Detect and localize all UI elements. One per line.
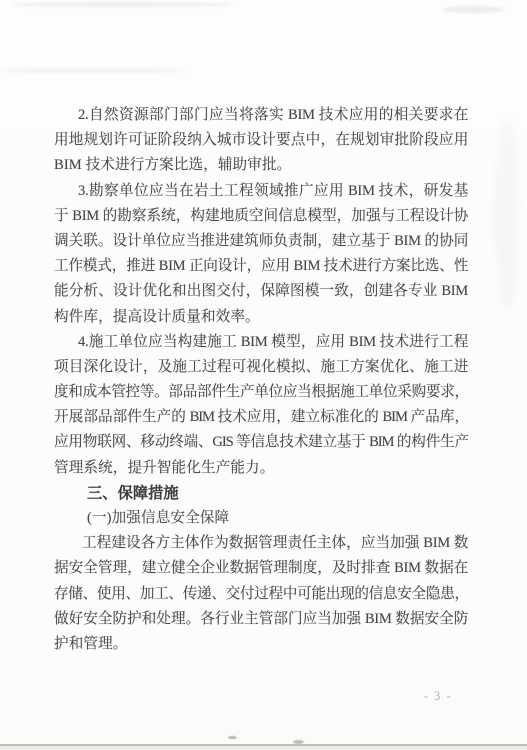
scan-smudge: [12, 2, 232, 7]
text-line: 3.勘察单位应当在岩土工程领域推广应用 BIM 技术，研发基: [54, 179, 468, 204]
text-line: 项目深化设计，及施工过程可视化模拟、施工方案优化、施工进: [54, 355, 468, 380]
page-number: - 3 -: [404, 687, 472, 705]
text-line: 应用物联网、移动终端、GIS 等信息技术建立基于 BIM 的构件生产: [54, 430, 468, 455]
text-line: 2.自然资源部门部门应当将落实 BIM 技术应用的相关要求在: [54, 103, 468, 128]
text-line: 度和成本管控等。部品部件生产单位应当根据施工单位采购要求，: [54, 380, 468, 405]
text-line: 工程建设各方主体作为数据管理责任主体，应当加强 BIM 数: [54, 531, 468, 556]
scan-speck: [228, 736, 237, 739]
text-line: 工作模式，推进 BIM 正向设计，应用 BIM 技术进行方案比选、性: [54, 254, 468, 279]
scan-smudge: [443, 6, 505, 13]
scan-edge-shadow: [0, 746, 527, 750]
text-line: 护和管理。: [54, 632, 468, 657]
text-line: 能分析、设计优化和出图交付，保障图模一致，创建各专业 BIM: [54, 279, 468, 304]
text-line: 调关联。设计单位应当推进建筑师负责制，建立基于 BIM 的协同: [54, 229, 468, 254]
text-line: 管理系统，提升智能化生产能力。: [54, 456, 468, 481]
text-line: 据安全管理，建立健全企业数据管理制度，及时排查 BIM 数据在: [54, 556, 468, 581]
scan-smudge: [0, 68, 185, 73]
text-line: 4.施工单位应当构建施工 BIM 模型，应用 BIM 技术进行工程: [54, 330, 468, 355]
section-heading: 三、保障措施: [54, 481, 468, 506]
scan-bleed-through: [494, 120, 520, 310]
text-line: BIM 技术进行方案比选，辅助审批。: [54, 153, 468, 178]
text-line: 于 BIM 的勘察系统，构建地质空间信息模型，加强与工程设计协: [54, 204, 468, 229]
subsection-heading: (一)加强信息安全保障: [54, 506, 468, 531]
document-lines: 2.自然资源部门部门应当将落实 BIM 技术应用的相关要求在用地规划许可证阶段纳…: [54, 103, 468, 657]
text-line: 用地规划许可证阶段纳入城市设计要点中，在规划审批阶段应用: [54, 128, 468, 153]
text-line: 做好安全防护和处理。各行业主管部门应当加强 BIM 数据安全防: [54, 607, 468, 632]
text-line: 存储、使用、加工、传递、交付过程中可能出现的信息安全隐患，: [54, 582, 468, 607]
text-line: 构件库，提高设计质量和效率。: [54, 305, 468, 330]
text-line: 开展部品部件生产的 BIM 技术应用，建立标准化的 BIM 产品库，: [54, 405, 468, 430]
scanned-document-page: 2.自然资源部门部门应当将落实 BIM 技术应用的相关要求在用地规划许可证阶段纳…: [0, 0, 527, 750]
